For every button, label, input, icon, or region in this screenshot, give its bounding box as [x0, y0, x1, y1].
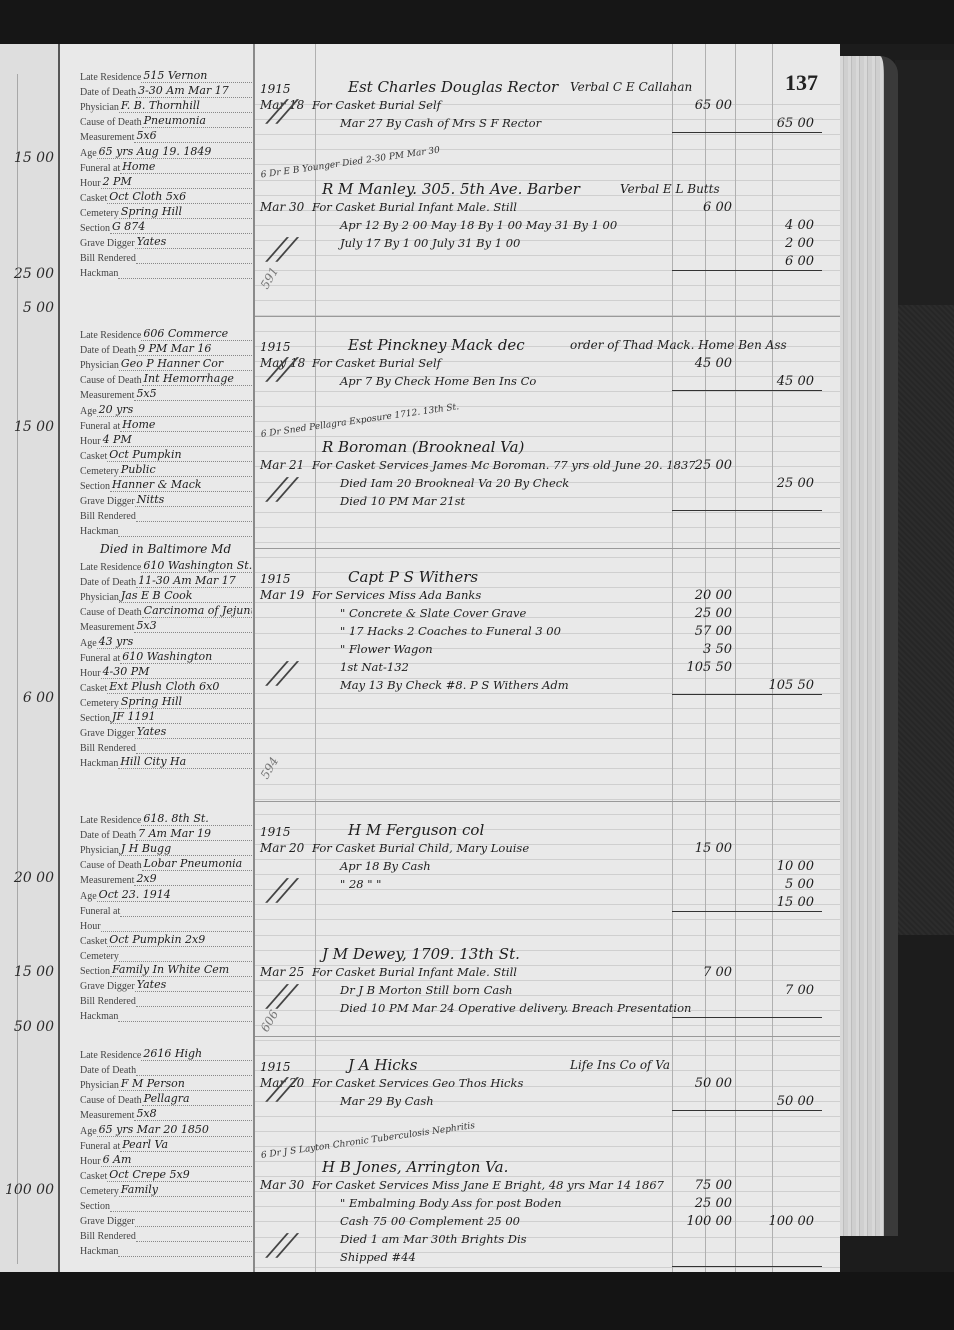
field-age: Age65 yrs Aug 19. 1849	[80, 143, 252, 158]
line-description: For Casket Burial Infant Male. Still	[312, 200, 517, 214]
field-label: Measurement	[80, 622, 134, 633]
field-label: Bill Rendered	[80, 1231, 136, 1242]
field-value: Int Hemorrhage	[142, 373, 252, 386]
field-value: 610 Washington St.	[141, 560, 252, 573]
field-label: Casket	[80, 936, 107, 947]
field-value: 11-30 Am Mar 17	[136, 575, 252, 588]
field-age: Age20 yrs	[80, 401, 252, 416]
line-description: " 17 Hacks 2 Coaches to Funeral 3 00	[340, 624, 561, 638]
field-cause-of-death: Cause of DeathCarcinoma of Jejunum	[80, 603, 252, 618]
record-fields: Late Residence618. 8th St.Date of Death7…	[80, 811, 252, 1022]
field-label: Funeral at	[80, 163, 120, 174]
line-date: Mar 21	[260, 458, 304, 472]
background-top	[0, 0, 954, 44]
field-label: Grave Digger	[80, 728, 135, 739]
field-value: Hanner & Mack	[110, 479, 252, 492]
entry-divider	[255, 548, 840, 549]
line-description: July 17 By 1 00 July 31 By 1 00	[340, 236, 520, 250]
field-value: Oct Cloth 5x6	[107, 191, 252, 204]
debit-amount: 7 00	[668, 965, 732, 980]
ledger-page: 137 Late Residence515 VernonDate of Deat…	[60, 44, 840, 1272]
ruled-line	[255, 753, 840, 754]
field-label: Hour	[80, 1156, 101, 1167]
ruled-line	[255, 799, 840, 800]
account-name: J M Dewey, 1709. 13th St.	[322, 945, 520, 963]
field-late-residence: Late Residence618. 8th St.	[80, 811, 252, 826]
account-note: Verbal E L Butts	[620, 182, 720, 196]
field-value: Home	[120, 161, 252, 174]
credit-amount: 50 00	[750, 1094, 814, 1109]
field-hour: Hour4 PM	[80, 432, 252, 447]
posted-check-mark: //	[266, 656, 299, 691]
entry-divider	[255, 316, 840, 317]
field-funeral-at: Funeral at610 Washington	[80, 649, 252, 664]
line-description: For Casket Burial Self	[312, 98, 441, 112]
previous-page-strip: 15 00 25 00 5 00 15 00 6 00 20 00 15 00 …	[0, 44, 60, 1272]
field-late-residence: Late Residence610 Washington St.	[80, 558, 252, 573]
field-cemetery: CemeteryPublic	[80, 462, 252, 477]
credit-amount: 2 00	[750, 236, 814, 251]
debit-amount: 57 00	[668, 624, 732, 639]
debit-amount: 25 00	[668, 606, 732, 621]
book-page-edges	[840, 56, 898, 1236]
field-physician: PhysicianF M Person	[80, 1076, 252, 1091]
field-bill-rendered: Bill Rendered	[80, 249, 252, 264]
field-label: Bill Rendered	[80, 253, 136, 264]
credit-amount: 100 00	[750, 1214, 814, 1229]
line-description: Died Iam 20 Brookneal Va 20 By Check	[340, 476, 569, 490]
field-label: Date of Death	[80, 577, 136, 588]
field-value	[136, 1006, 252, 1007]
field-value: F M Person	[119, 1078, 252, 1091]
field-cause-of-death: Cause of DeathPellagra	[80, 1091, 252, 1106]
ruled-line	[255, 1131, 840, 1132]
field-value: Hill City Ha	[118, 756, 252, 769]
ruled-line	[255, 149, 840, 150]
field-label: Hackman	[80, 1011, 118, 1022]
account-note: Verbal C E Callahan	[570, 80, 692, 94]
line-description: 1st Nat-132	[340, 660, 409, 674]
field-casket: CasketOct Cloth 5x6	[80, 189, 252, 204]
prev-amount: 6 00	[23, 690, 54, 706]
account-name: R Boroman (Brookneal Va)	[322, 438, 524, 456]
field-label: Age	[80, 638, 97, 649]
field-label: Cemetery	[80, 208, 119, 219]
line-description: For Casket Services Miss Jane E Bright, …	[312, 1178, 664, 1192]
field-value	[136, 521, 252, 522]
account-name: H M Ferguson col	[348, 821, 484, 839]
field-value: Family	[119, 1184, 252, 1197]
field-value: 5x5	[134, 388, 252, 401]
ruled-line	[255, 874, 840, 875]
field-label: Cemetery	[80, 1186, 119, 1197]
account-name: R M Manley. 305. 5th Ave. Barber	[322, 180, 580, 198]
field-label: Hackman	[80, 1246, 118, 1257]
ruled-line	[255, 1176, 840, 1177]
field-grave-digger: Grave Digger	[80, 1212, 252, 1227]
field-section: SectionFamily In White Cem	[80, 962, 252, 977]
account-name: J A Hicks	[348, 1056, 417, 1074]
line-description: For Casket Services Geo Thos Hicks	[312, 1076, 523, 1090]
field-value	[118, 278, 252, 279]
field-value	[135, 1226, 252, 1227]
debit-amount: 15 00	[668, 841, 732, 856]
prev-amount: 15 00	[14, 964, 54, 980]
field-label: Casket	[80, 1171, 107, 1182]
total-underline	[672, 1266, 822, 1267]
field-age: Age65 yrs Mar 20 1850	[80, 1121, 252, 1136]
field-label: Section	[80, 713, 110, 724]
field-late-residence: Late Residence515 Vernon	[80, 68, 252, 83]
field-value: 2616 High	[141, 1048, 252, 1061]
line-description: Cash 75 00 Complement 25 00	[340, 1214, 520, 1228]
prev-amount: 100 00	[5, 1182, 54, 1198]
field-label: Hackman	[80, 268, 118, 279]
field-value: 3-30 Am Mar 17	[136, 85, 252, 98]
ruled-line	[255, 708, 840, 709]
field-section: Section	[80, 1197, 252, 1212]
credit-amount: 5 00	[750, 877, 814, 892]
field-label: Late Residence	[80, 562, 141, 573]
line-description: Apr 7 By Check Home Ben Ins Co	[340, 374, 536, 388]
field-value	[118, 1256, 252, 1257]
field-value	[118, 1021, 252, 1022]
field-label: Cause of Death	[80, 860, 142, 871]
field-label: Section	[80, 223, 110, 234]
line-description: " Concrete & Slate Cover Grave	[340, 606, 526, 620]
line-description: Apr 18 By Cash	[340, 859, 431, 873]
field-physician: PhysicianF. B. Thornhill	[80, 98, 252, 113]
field-label: Section	[80, 481, 110, 492]
field-hackman: Hackman	[80, 1242, 252, 1257]
field-physician: PhysicianJas E B Cook	[80, 588, 252, 603]
field-value	[136, 753, 252, 754]
ruled-line	[255, 829, 840, 830]
ruled-line	[255, 542, 840, 543]
field-hour: Hour4-30 PM	[80, 664, 252, 679]
field-value: Lobar Pneumonia	[142, 858, 252, 871]
ruled-line	[255, 285, 840, 286]
field-date-of-death: Date of Death11-30 Am Mar 17	[80, 573, 252, 588]
field-hackman: Hackman	[80, 1007, 252, 1022]
field-measurement: Measurement5x3	[80, 618, 252, 633]
field-age: AgeOct 23. 1914	[80, 886, 252, 901]
column-line	[17, 74, 18, 1264]
line-description: Mar 29 By Cash	[340, 1094, 434, 1108]
field-label: Late Residence	[80, 330, 141, 341]
debit-amount: 25 00	[668, 458, 732, 473]
posted-check-mark: //	[266, 1228, 299, 1263]
field-value: 20 yrs	[97, 404, 252, 417]
field-hackman: Hackman	[80, 264, 252, 279]
field-cause-of-death: Cause of DeathInt Hemorrhage	[80, 371, 252, 386]
ruled-line	[255, 1070, 840, 1071]
total-underline	[672, 390, 822, 391]
field-label: Physician	[80, 360, 119, 371]
field-physician: PhysicianJ H Bugg	[80, 841, 252, 856]
ruled-line	[255, 935, 840, 936]
field-bill-rendered: Bill Rendered	[80, 507, 252, 522]
field-value: 65 yrs Mar 20 1850	[97, 1124, 252, 1137]
field-casket: CasketExt Plush Cloth 6x0	[80, 679, 252, 694]
field-label: Measurement	[80, 1110, 134, 1121]
field-value	[119, 961, 252, 962]
field-value: Oct 23. 1914	[97, 889, 252, 902]
field-label: Late Residence	[80, 1050, 141, 1061]
line-description: For Services Miss Ada Banks	[312, 588, 481, 602]
field-hour: Hour2 PM	[80, 174, 252, 189]
account-name: Est Charles Douglas Rector	[348, 78, 558, 96]
credit-amount: 15 00	[750, 895, 814, 910]
ruled-line	[255, 1055, 840, 1056]
field-label: Funeral at	[80, 421, 120, 432]
field-value: Family In White Cem	[110, 964, 252, 977]
field-section: SectionG 874	[80, 219, 252, 234]
credit-amount: 6 00	[750, 254, 814, 269]
field-value: Oct Pumpkin 2x9	[107, 934, 252, 947]
field-label: Age	[80, 1126, 97, 1137]
field-bill-rendered: Bill Rendered	[80, 739, 252, 754]
record-fields: Late Residence610 Washington St.Date of …	[80, 558, 252, 769]
field-casket: CasketOct Pumpkin	[80, 447, 252, 462]
field-value: Yates	[135, 726, 252, 739]
field-value: Jas E B Cook	[119, 590, 252, 603]
credit-amount: 25 00	[750, 476, 814, 491]
prev-amount: 20 00	[14, 870, 54, 886]
background-bottom	[0, 1272, 954, 1330]
debit-amount: 75 00	[668, 1178, 732, 1193]
field-value: Ext Plush Cloth 6x0	[107, 681, 252, 694]
field-value: Geo P Hanner Cor	[119, 358, 252, 371]
line-description: For Casket Services James Mc Boroman. 77…	[312, 458, 696, 472]
field-label: Hour	[80, 436, 101, 447]
line-description: " Embalming Body Ass for post Boden	[340, 1196, 562, 1210]
credit-column-line	[735, 44, 736, 1272]
field-grave-digger: Grave DiggerNitts	[80, 492, 252, 507]
field-measurement: Measurement5x6	[80, 128, 252, 143]
ruled-line	[255, 134, 840, 135]
credit-amount: 45 00	[750, 374, 814, 389]
field-value: Pearl Va	[120, 1139, 252, 1152]
ruled-line	[255, 768, 840, 769]
field-label: Physician	[80, 102, 119, 113]
field-value: Yates	[135, 979, 252, 992]
posted-check-mark: //	[266, 873, 299, 908]
field-casket: CasketOct Pumpkin 2x9	[80, 932, 252, 947]
field-cemetery: CemeteryFamily	[80, 1182, 252, 1197]
ruled-line	[255, 1025, 840, 1026]
field-value: 9 PM Mar 16	[136, 343, 252, 356]
field-value: 6 Am	[101, 1154, 252, 1167]
debit-amount: 20 00	[668, 588, 732, 603]
field-physician: PhysicianGeo P Hanner Cor	[80, 356, 252, 371]
prev-amount: 25 00	[14, 266, 54, 282]
line-description: " 28 " "	[340, 877, 381, 891]
field-cemetery: Cemetery	[80, 947, 252, 962]
account-note: Life Ins Co of Va	[570, 1058, 670, 1072]
posted-check-mark: //	[266, 979, 299, 1014]
field-cemetery: CemeterySpring Hill	[80, 204, 252, 219]
prev-amount: 50 00	[14, 1019, 54, 1035]
field-label: Hackman	[80, 758, 118, 769]
field-label: Cause of Death	[80, 607, 142, 618]
field-label: Bill Rendered	[80, 996, 136, 1007]
field-label: Physician	[80, 1080, 119, 1091]
field-label: Grave Digger	[80, 496, 135, 507]
field-label: Date of Death	[80, 830, 136, 841]
background-right	[895, 60, 954, 305]
debit-amount: 50 00	[668, 1076, 732, 1091]
field-bill-rendered: Bill Rendered	[80, 1227, 252, 1242]
field-label: Measurement	[80, 132, 134, 143]
field-value: Yates	[135, 236, 252, 249]
line-description: Died 10 PM Mar 24 Operative delivery. Br…	[340, 1001, 691, 1015]
line-date: Mar 20	[260, 841, 304, 855]
ruled-line	[255, 1116, 840, 1117]
field-label: Grave Digger	[80, 238, 135, 249]
field-label: Cemetery	[80, 698, 119, 709]
field-casket: CasketOct Crepe 5x9	[80, 1167, 252, 1182]
field-label: Section	[80, 1201, 110, 1212]
record-fields: Late Residence2616 HighDate of DeathPhys…	[80, 1046, 252, 1257]
field-bill-rendered: Bill Rendered	[80, 992, 252, 1007]
debit-amount: 45 00	[668, 356, 732, 371]
field-date-of-death: Date of Death9 PM Mar 16	[80, 341, 252, 356]
field-label: Date of Death	[80, 345, 136, 356]
field-label: Hackman	[80, 526, 118, 537]
field-label: Physician	[80, 592, 119, 603]
field-label: Grave Digger	[80, 1216, 135, 1227]
posted-check-mark: //	[266, 232, 299, 267]
field-value: 610 Washington	[120, 651, 252, 664]
debit-amount: 25 00	[668, 1196, 732, 1211]
line-description: " Flower Wagon	[340, 642, 433, 656]
margin-note: 6 Dr E B Younger Died 2-30 PM Mar 30	[260, 145, 440, 180]
total-underline	[672, 1017, 822, 1018]
ruled-line	[255, 331, 840, 332]
field-funeral-at: Funeral atHome	[80, 417, 252, 432]
field-value: Oct Crepe 5x9	[107, 1169, 252, 1182]
field-hour: Hour6 Am	[80, 1152, 252, 1167]
field-value: F. B. Thornhill	[119, 100, 252, 113]
field-label: Cause of Death	[80, 1095, 142, 1106]
line-description: For Casket Burial Infant Male. Still	[312, 965, 517, 979]
ruled-line	[255, 1040, 840, 1041]
field-value: 4 PM	[101, 434, 252, 447]
ruled-line	[255, 602, 840, 603]
line-description: Dr J B Morton Still born Cash	[340, 983, 513, 997]
field-value: Pellagra	[142, 1093, 252, 1106]
field-label: Cemetery	[80, 466, 119, 477]
field-value	[101, 931, 252, 932]
field-value: Pneumonia	[142, 115, 252, 128]
entry-divider	[255, 1036, 840, 1037]
field-label: Cemetery	[80, 951, 119, 962]
record-fields: Late Residence515 VernonDate of Death3-3…	[80, 68, 252, 279]
line-date: Mar 30	[260, 200, 304, 214]
field-label: Grave Digger	[80, 981, 135, 992]
line-description: For Casket Burial Child, Mary Louise	[312, 841, 529, 855]
line-description: Mar 27 By Cash of Mrs S F Rector	[340, 116, 541, 130]
field-value: 43 yrs	[97, 636, 252, 649]
field-value: Oct Pumpkin	[107, 449, 252, 462]
folio-mark: 591	[258, 265, 282, 292]
entry-year: 1915	[260, 572, 291, 586]
field-label: Funeral at	[80, 1141, 120, 1152]
field-label: Casket	[80, 683, 107, 694]
field-value	[136, 1241, 252, 1242]
ruled-line	[255, 512, 840, 513]
ruled-line	[255, 557, 840, 558]
total-underline	[672, 132, 822, 133]
ruled-line	[255, 980, 840, 981]
field-label: Casket	[80, 193, 107, 204]
field-value: 5x6	[134, 130, 252, 143]
field-hackman: Hackman	[80, 522, 252, 537]
field-date-of-death: Date of Death3-30 Am Mar 17	[80, 83, 252, 98]
field-measurement: Measurement5x5	[80, 386, 252, 401]
field-age: Age43 yrs	[80, 633, 252, 648]
field-value: Spring Hill	[119, 696, 252, 709]
ruled-line	[255, 919, 840, 920]
line-date: Mar 25	[260, 965, 304, 979]
posted-check-mark: //	[266, 472, 299, 507]
debit-amount: 65 00	[668, 98, 732, 113]
ruled-line	[255, 406, 840, 407]
credit-amount: 105 50	[750, 678, 814, 693]
credit-amount: 10 00	[750, 859, 814, 874]
field-value: 618. 8th St.	[141, 813, 252, 826]
total-underline	[672, 270, 822, 271]
credit-amount: 7 00	[750, 983, 814, 998]
field-label: Cause of Death	[80, 117, 142, 128]
field-label: Age	[80, 891, 97, 902]
field-cause-of-death: Cause of DeathLobar Pneumonia	[80, 856, 252, 871]
debit-amount: 6 00	[668, 200, 732, 215]
field-value: 606 Commerce	[141, 328, 252, 341]
entry-year: 1915	[260, 825, 291, 839]
field-hackman: HackmanHill City Ha	[80, 754, 252, 769]
ruled-line	[255, 814, 840, 815]
account-note: order of Thad Mack. Home Ben Ass	[570, 338, 787, 352]
field-label: Hour	[80, 178, 101, 189]
field-value: Spring Hill	[119, 206, 252, 219]
field-value: J H Bugg	[119, 843, 252, 856]
field-value: 7 Am Mar 19	[136, 828, 252, 841]
field-late-residence: Late Residence606 Commerce	[80, 326, 252, 341]
credit-amount: 65 00	[750, 116, 814, 131]
field-measurement: Measurement2x9	[80, 871, 252, 886]
account-name: H B Jones, Arrington Va.	[322, 1158, 508, 1176]
entry-header-note: Died in Baltimore Md	[100, 542, 231, 556]
field-grave-digger: Grave DiggerYates	[80, 234, 252, 249]
account-name: Capt P S Withers	[348, 568, 478, 586]
ruled-line	[255, 738, 840, 739]
ruled-line	[255, 723, 840, 724]
field-value: 4-30 PM	[101, 666, 252, 679]
field-label: Funeral at	[80, 906, 120, 917]
field-value	[136, 1075, 252, 1076]
credit-amount: 4 00	[750, 218, 814, 233]
field-label: Date of Death	[80, 1065, 136, 1076]
field-value: Public	[119, 464, 252, 477]
field-grave-digger: Grave DiggerYates	[80, 977, 252, 992]
field-section: SectionJF 1191	[80, 709, 252, 724]
field-label: Measurement	[80, 390, 134, 401]
field-label: Date of Death	[80, 87, 136, 98]
ruled-line	[255, 572, 840, 573]
field-value	[110, 1211, 252, 1212]
